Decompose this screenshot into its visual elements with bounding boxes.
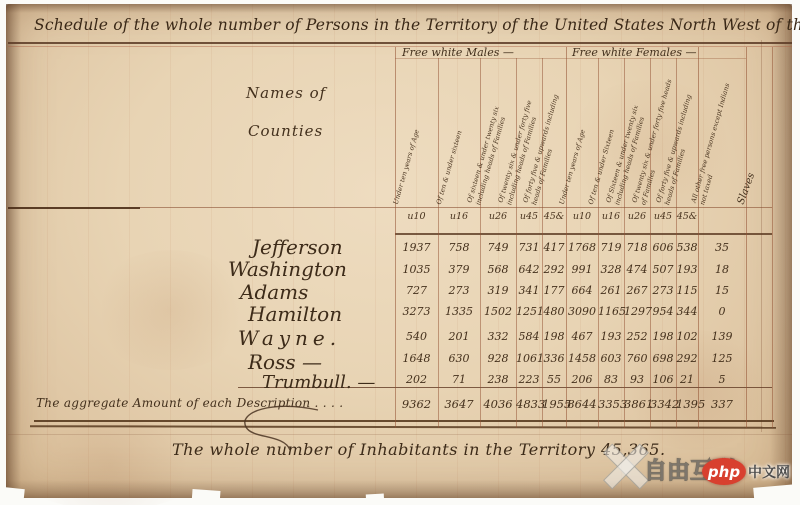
agg-f-u10: 8644	[566, 397, 598, 411]
cell-slaves	[746, 263, 772, 276]
cell-f-u45: 198	[650, 330, 676, 343]
cell-f-45up: 538	[676, 241, 698, 254]
cell-f-u26: 252	[624, 330, 650, 343]
column-header-female-under10: Under ten years of Age	[564, 60, 594, 206]
cell-f-u10: 206	[566, 373, 598, 386]
agg-m-u26: 4036	[480, 397, 516, 411]
age-codes-row: u10 u16 u26 u45 45& u10 u16 u26 u45 45&	[395, 211, 772, 222]
cell-f-45up: 344	[676, 305, 698, 318]
agg-f-u16: 3353	[598, 397, 624, 411]
agg-f-45up: 1395	[676, 397, 698, 411]
agg-f-u26: 3861	[624, 397, 650, 411]
cell-other-free: 139	[698, 330, 746, 343]
cell-m-u45: 642	[516, 263, 542, 276]
table-row-adams: 727 273 319 341 177 664 261 267 273 115 …	[395, 284, 772, 297]
cell-m-45up: 336	[542, 352, 566, 365]
cell-slaves	[746, 305, 772, 318]
table-row-washington: 1035 379 568 642 292 991 328 474 507 193…	[395, 263, 772, 276]
names-of-label: Names of	[246, 84, 326, 102]
cell-f-u16: 83	[598, 373, 624, 386]
cell-f-45up: 21	[676, 373, 698, 386]
watermark-site-text: 中文网	[748, 462, 790, 482]
agg-m-45up: 1955	[542, 397, 566, 411]
cell-slaves	[746, 373, 772, 386]
county-name-ross: Ross —	[248, 350, 322, 374]
watermark-php-text: php	[708, 463, 740, 481]
torn-edge-notch	[366, 494, 384, 505]
bottom-crease	[8, 434, 792, 435]
age-code: u16	[598, 211, 624, 222]
cell-f-45up: 193	[676, 263, 698, 276]
cell-f-u26: 718	[624, 241, 650, 254]
cell-m-45up: 417	[542, 241, 566, 254]
cell-f-u16: 603	[598, 352, 624, 365]
inhabitants-total-line: The whole number of Inhabitants in the T…	[172, 440, 666, 459]
age-code: 45&	[542, 211, 566, 222]
title-underline-rule	[8, 42, 792, 44]
males-group-header: Free white Males —	[402, 46, 514, 59]
table-row-ross: 1648 630 928 1061 336 1458 603 760 698 2…	[395, 352, 772, 365]
cell-m-u10: 540	[395, 330, 438, 343]
agg-m-u10: 9362	[395, 397, 438, 411]
age-code-empty	[746, 211, 772, 222]
cell-other-free: 35	[698, 241, 746, 254]
cell-m-45up: 292	[542, 263, 566, 276]
cell-m-u16: 1335	[438, 305, 480, 318]
cell-m-u16: 71	[438, 373, 480, 386]
column-header-slaves: Slaves	[744, 60, 774, 220]
cell-f-u45: 698	[650, 352, 676, 365]
watermark-php-badge: php	[702, 458, 746, 485]
table-row-jefferson: 1937 758 749 731 417 1768 719 718 606 53…	[395, 241, 772, 254]
county-name-hamilton: Hamilton	[248, 302, 342, 326]
cell-m-u16: 379	[438, 263, 480, 276]
table-row-trumbull: 202 71 238 223 55 206 83 93 106 21 5	[395, 373, 772, 386]
age-code: u26	[624, 211, 650, 222]
agg-other-free: 337	[698, 397, 746, 411]
counties-label: Counties	[248, 122, 323, 140]
age-code: u10	[395, 211, 438, 222]
cell-other-free: 5	[698, 373, 746, 386]
age-code: u26	[480, 211, 516, 222]
cell-m-u26: 238	[480, 373, 516, 386]
age-code: u45	[516, 211, 542, 222]
cell-slaves	[746, 352, 772, 365]
cell-m-u16: 273	[438, 284, 480, 297]
torn-edge-notch	[753, 484, 797, 505]
cell-f-45up: 292	[676, 352, 698, 365]
county-name-trumbull: Trumbull. —	[262, 372, 375, 393]
cell-m-u26: 332	[480, 330, 516, 343]
cell-m-45up: 177	[542, 284, 566, 297]
cell-m-u26: 928	[480, 352, 516, 365]
column-header-male-under10: Under ten years of Age	[398, 60, 428, 206]
cell-f-u16: 193	[598, 330, 624, 343]
cell-f-u16: 261	[598, 284, 624, 297]
cell-other-free: 15	[698, 284, 746, 297]
cell-f-u16: 719	[598, 241, 624, 254]
cell-f-u26: 760	[624, 352, 650, 365]
county-name-adams: Adams	[240, 280, 308, 304]
header-bottom-rule-dark	[8, 207, 140, 209]
torn-edge-notch	[0, 487, 25, 505]
cell-f-u10: 664	[566, 284, 598, 297]
county-name-jefferson: Jefferson	[252, 235, 343, 259]
age-code: 45&	[676, 211, 698, 222]
aggregate-row: 9362 3647 4036 4833 1955 8644 3353 3861 …	[395, 397, 772, 411]
cell-m-u45: 223	[516, 373, 542, 386]
cell-slaves	[746, 330, 772, 343]
cell-m-u16: 758	[438, 241, 480, 254]
agg-m-u16: 3647	[438, 397, 480, 411]
cell-m-u10: 202	[395, 373, 438, 386]
cell-m-u45: 341	[516, 284, 542, 297]
cell-slaves	[746, 241, 772, 254]
cell-f-45up: 102	[676, 330, 698, 343]
table-row-hamilton: 3273 1335 1502 1251 480 3090 1165 1297 9…	[395, 305, 772, 318]
females-group-header: Free white Females —	[572, 46, 697, 59]
cell-f-u16: 328	[598, 263, 624, 276]
cell-m-u10: 727	[395, 284, 438, 297]
cell-m-u45: 1061	[516, 352, 542, 365]
cell-m-u45: 1251	[516, 305, 542, 318]
age-code: u10	[566, 211, 598, 222]
column-header-male-10-16: Of ten & under sixteen	[441, 60, 471, 206]
cell-f-u45: 507	[650, 263, 676, 276]
county-name-wayne: Wayne.	[238, 326, 341, 350]
cell-m-u45: 731	[516, 241, 542, 254]
cell-other-free: 125	[698, 352, 746, 365]
agg-slaves	[746, 397, 772, 411]
cell-m-u26: 749	[480, 241, 516, 254]
cell-m-u10: 3273	[395, 305, 438, 318]
column-header-other-free-persons: All other free persons except Indians no…	[704, 60, 734, 206]
cell-m-45up: 55	[542, 373, 566, 386]
cell-m-u16: 630	[438, 352, 480, 365]
cell-f-u10: 991	[566, 263, 598, 276]
age-code: u45	[650, 211, 676, 222]
cell-m-u26: 319	[480, 284, 516, 297]
cell-f-u26: 93	[624, 373, 650, 386]
torn-edge-notch	[192, 489, 221, 505]
cell-f-u16: 1165	[598, 305, 624, 318]
cell-f-u45: 106	[650, 373, 676, 386]
age-code: u16	[438, 211, 480, 222]
cell-f-u45: 606	[650, 241, 676, 254]
cell-f-u26: 474	[624, 263, 650, 276]
cell-f-u26: 267	[624, 284, 650, 297]
cell-m-u26: 568	[480, 263, 516, 276]
table-rule-vertical	[395, 47, 396, 428]
scanned-document: Schedule of the whole number of Persons …	[0, 0, 800, 505]
table-row-wayne: 540 201 332 584 198 467 193 252 198 102 …	[395, 330, 772, 343]
cell-m-u26: 1502	[480, 305, 516, 318]
cell-m-u45: 584	[516, 330, 542, 343]
cell-other-free: 18	[698, 263, 746, 276]
agg-m-u45: 4833	[516, 397, 542, 411]
cell-m-u10: 1035	[395, 263, 438, 276]
cell-f-u10: 3090	[566, 305, 598, 318]
codes-underline-rule	[395, 233, 772, 235]
cell-f-45up: 115	[676, 284, 698, 297]
column-header-male-45up: Of forty five & upwards including heads …	[536, 60, 566, 206]
cell-m-u10: 1648	[395, 352, 438, 365]
cell-other-free: 0	[698, 305, 746, 318]
age-code-empty	[698, 211, 746, 222]
cell-slaves	[746, 284, 772, 297]
cell-f-u10: 467	[566, 330, 598, 343]
cell-m-45up: 198	[542, 330, 566, 343]
cell-f-u45: 954	[650, 305, 676, 318]
cell-f-u45: 273	[650, 284, 676, 297]
cell-f-u10: 1768	[566, 241, 598, 254]
county-name-washington: Washington	[228, 257, 347, 281]
cell-f-u26: 1297	[624, 305, 650, 318]
cell-f-u10: 1458	[566, 352, 598, 365]
document-title: Schedule of the whole number of Persons …	[34, 16, 800, 34]
agg-f-u45: 3342	[650, 397, 676, 411]
cell-m-u10: 1937	[395, 241, 438, 254]
cell-m-45up: 480	[542, 305, 566, 318]
header-bottom-rule	[140, 207, 772, 208]
aggregate-rule-1	[34, 420, 774, 422]
cell-m-u16: 201	[438, 330, 480, 343]
